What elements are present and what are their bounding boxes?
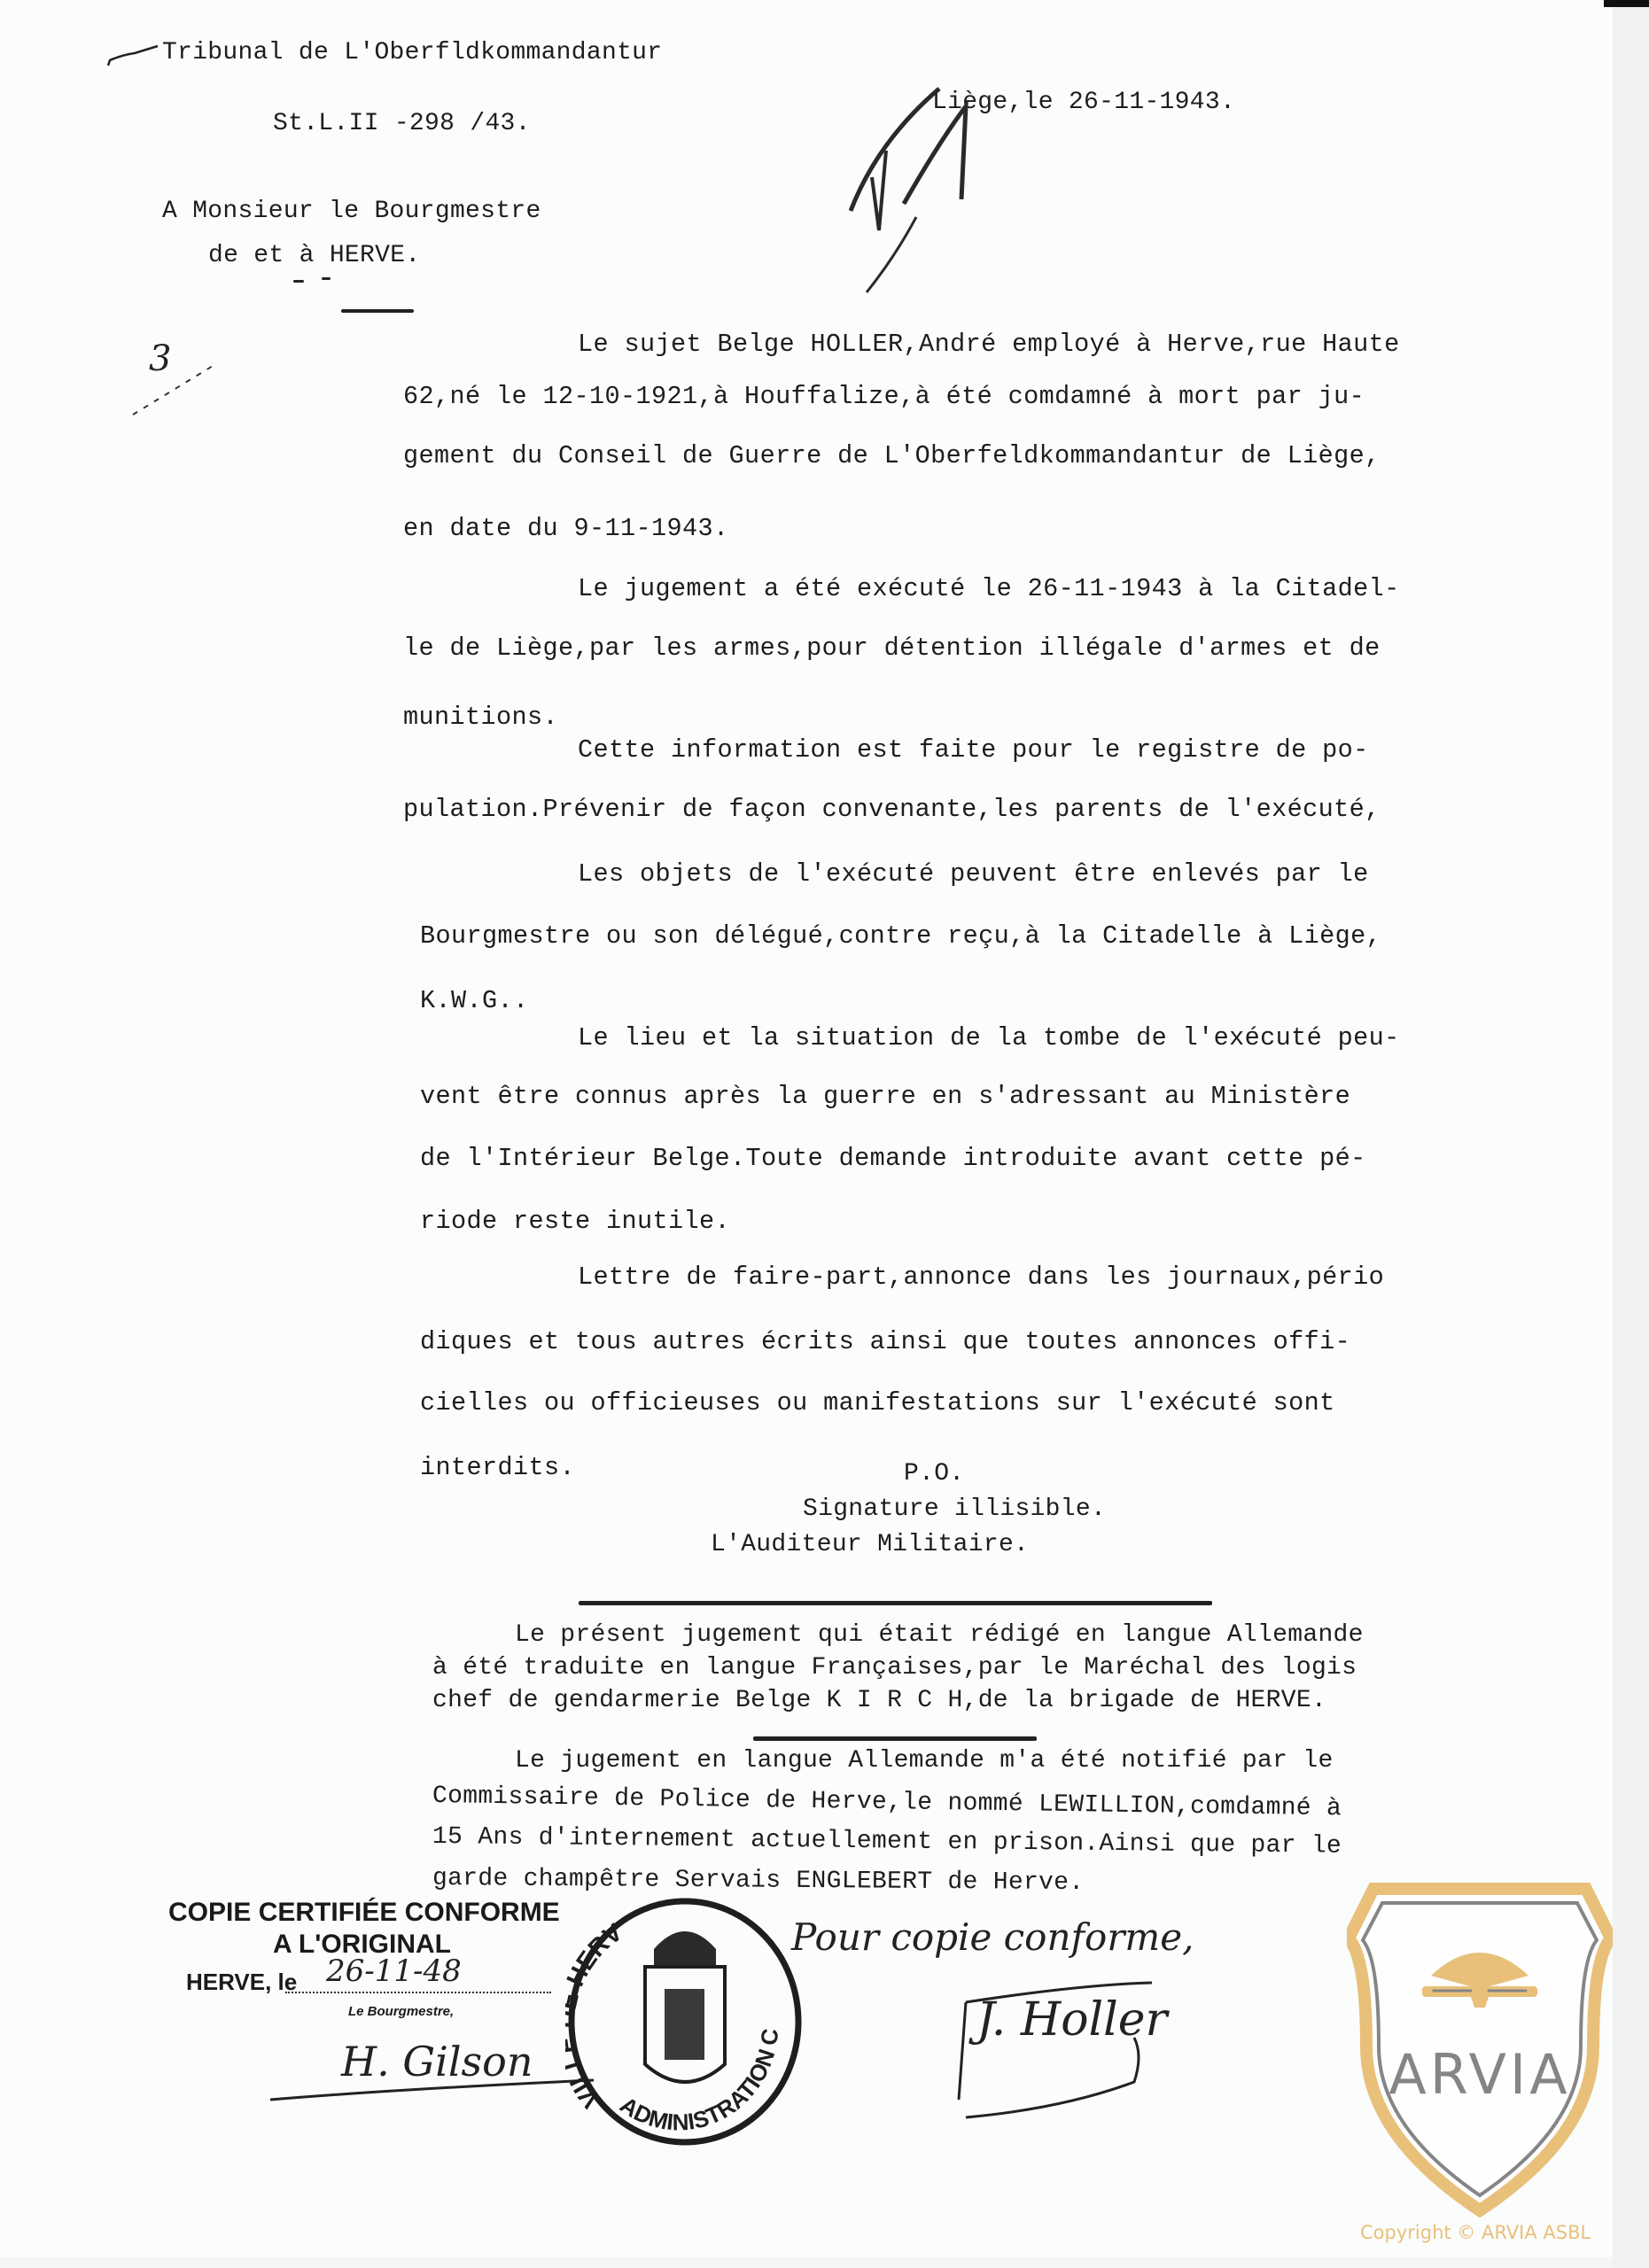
body-line: Le lieu et la situation de la tombe de l… (578, 1023, 1400, 1052)
municipal-seal-icon: VILLE DE HERVE ADMINISTRATION COMMUNALE (565, 1896, 805, 2148)
translation-line: Le présent jugement qui était rédigé en … (515, 1621, 1364, 1649)
arvia-shield-logo: ARVIA (1347, 1878, 1613, 2224)
signature-box-flourish (957, 1976, 1205, 2126)
svg-text:VILLE DE HERVE: VILLE DE HERVE (565, 1896, 627, 2113)
translation-line: à été traduite en langue Françaises,par … (432, 1654, 1357, 1682)
tribunal-heading: Tribunal de L'Oberfldkommandantur (162, 39, 662, 66)
check-mark-icon (105, 43, 167, 69)
body-line: pulation.Prévenir de façon convenante,le… (403, 795, 1381, 824)
signatory-title: L'Auditeur Militaire. (711, 1531, 1029, 1558)
handwritten-certification: Pour copie conforme, (791, 1915, 1194, 1959)
section-divider-short (753, 1736, 1037, 1741)
notification-line: Le jugement en langue Allemande m'a été … (515, 1747, 1334, 1775)
body-line: le de Liège,par les armes,pour détention… (403, 633, 1381, 663)
certification-role: Le Bourgmestre, (348, 2004, 454, 2019)
body-line: cielles ou officieuses ou manifestations… (420, 1388, 1335, 1417)
notification-line: garde champêtre Servais ENGLEBERT de Her… (432, 1865, 1085, 1897)
date-line (285, 1992, 551, 1993)
body-line: Lettre de faire-part,annonce dans les jo… (578, 1262, 1384, 1292)
body-line: diques et tous autres écrits ainsi que t… (420, 1327, 1350, 1356)
body-line: K.W.G.. (420, 986, 529, 1015)
body-line: Les objets de l'exécuté peuvent être enl… (578, 859, 1369, 889)
translation-line: chef de gendarmerie Belge K I R C H,de l… (432, 1687, 1326, 1714)
body-line: vent être connus après la guerre en s'ad… (420, 1082, 1350, 1111)
body-line: Le sujet Belge HOLLER,André employé à He… (578, 330, 1400, 359)
signature-illisible: Signature illisible. (803, 1495, 1106, 1523)
page-edge (1613, 0, 1649, 2268)
body-line: riode reste inutile. (420, 1207, 730, 1236)
body-line: en date du 9-11-1943. (403, 514, 729, 543)
address-underline (341, 309, 414, 313)
body-line: gement du Conseil de Guerre de L'Oberfel… (403, 441, 1381, 470)
signature-po: P.O. (904, 1460, 964, 1487)
scan-border (1604, 0, 1649, 7)
body-line: Le jugement a été exécuté le 26-11-1943 … (578, 574, 1400, 603)
certification-date: 26-11-48 (326, 1953, 462, 1989)
body-line: Cette information est faite pour le regi… (578, 735, 1369, 765)
body-line: munitions. (403, 703, 558, 732)
body-line: interdits. (420, 1453, 575, 1482)
dash-mark (322, 277, 331, 280)
svg-text:ARVIA: ARVIA (1388, 2042, 1570, 2107)
certification-title: COPIE CERTIFIÉE CONFORME (168, 1898, 560, 1928)
margin-stroke (128, 354, 226, 425)
body-line: Bourgmestre ou son délégué,contre reçu,à… (420, 921, 1381, 951)
dash-mark (293, 280, 304, 283)
signature-flourish (266, 2073, 603, 2126)
body-line: de l'Intérieur Belge.Toute demande intro… (420, 1144, 1366, 1173)
section-divider (579, 1601, 1212, 1605)
copyright-notice: Copyright © ARVIA ASBL (1360, 2222, 1591, 2243)
handwritten-check-mark-icon (842, 71, 1108, 301)
body-line: 62,né le 12-10-1921,à Houffalize,à été c… (403, 382, 1365, 411)
addressee-line-1: A Monsieur le Bourgmestre (162, 198, 541, 225)
addressee-line-2: de et à HERVE. (208, 242, 420, 269)
reference-number: St.L.II -298 /43. (273, 110, 531, 137)
certification-place: HERVE, le (186, 1969, 297, 1996)
